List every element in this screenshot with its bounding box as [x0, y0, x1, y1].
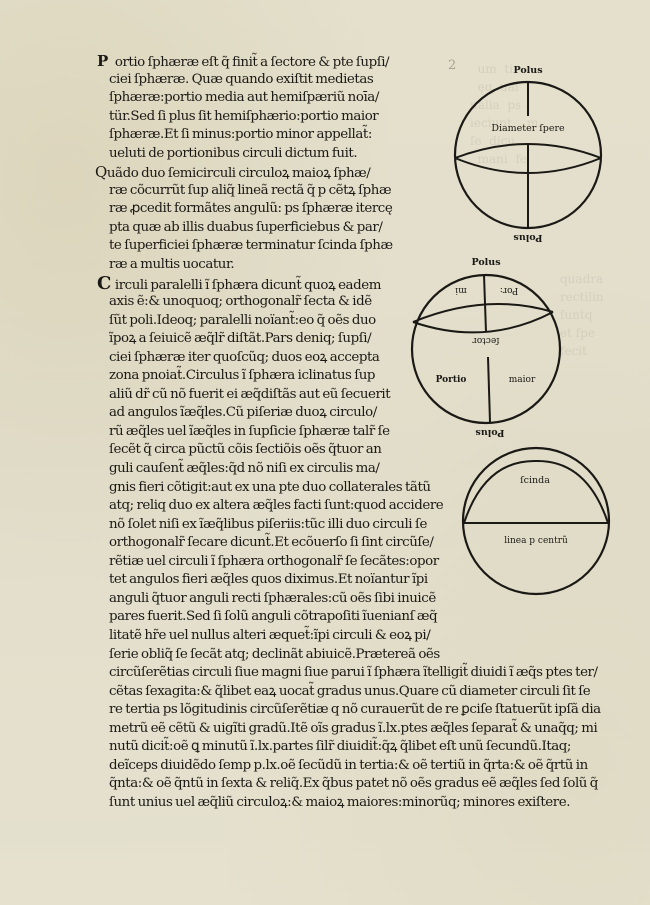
text-line: pares fuerit.Sed ſi ſolũ anguli cõtrapoſ…: [97, 608, 601, 627]
label-polus-bottom: Polus: [475, 427, 504, 438]
manuscript-page: um ti ęq ual ualia ps ieciunt m ſe dicu …: [0, 0, 650, 905]
label-polus-top: Polus: [513, 65, 542, 76]
label-scinda: ſcinda: [520, 475, 550, 486]
label-mi: mi: [455, 285, 467, 295]
label-diameter-spere: Diameter ſpere: [491, 123, 565, 134]
label-maior: maior: [509, 375, 536, 385]
text-line: deĩceps diuidẽdo ſemp p.lx.oẽ ſecũdũ in …: [97, 757, 601, 776]
text-line: q̃nta:& oẽ q̃ntũ in ſexta & reliq̃.Ex q̃…: [97, 775, 601, 794]
initial-letter-q: Q: [95, 163, 107, 181]
sphere-scinda-figure: ſcinda linea p centrũ: [455, 445, 615, 605]
text-line: ſunt unius uel æq̃liũ circuloꝝ:& maioꝝ m…: [97, 794, 601, 813]
text-line: ſerie obliq̃ ſe ſecãt atq; declinãt abiu…: [97, 646, 601, 665]
text-line: re tertia ps lõgitudinis circũſerẽtiæ q …: [97, 701, 601, 720]
sphere-sector-figure: Polus mi Por: ſector Portio maior Polus: [406, 252, 566, 442]
label-polus-top: Polus: [471, 257, 500, 268]
text-line: circũſerẽtias circuli ſiue magni ſiue pa…: [97, 664, 601, 683]
text-line: litatẽ hr̃e uel nullus alteri æquet̃:ĩpi…: [97, 627, 601, 646]
sphere-diameter-figure: Polus Diameter ſpere Polus: [448, 60, 608, 250]
diagram-sphere-scinda: ſcinda linea p centrũ: [455, 445, 615, 609]
initial-letter-c: C: [97, 273, 111, 294]
label-polus-bottom: Polus: [513, 232, 542, 243]
label-por: Por:: [500, 285, 518, 295]
label-linea-per-centrum: linea p centrũ: [504, 535, 568, 546]
label-sector: ſector: [472, 335, 500, 345]
text-line: metrũ eẽ cẽtũ & uigĩti gradũ.Itẽ oĩs gra…: [97, 720, 601, 739]
text-line: nutũ dicit̃:oẽ ꝗ minutũ ĩ.lx.partes ſilr…: [97, 738, 601, 757]
diagram-sphere-diameter: Polus Diameter ſpere Polus: [448, 60, 608, 254]
text-line: cẽtas ſexagita:& q̃libet eaꝝ uocat̃ grad…: [97, 683, 601, 702]
label-portio: Portio: [436, 375, 467, 385]
diagram-sphere-sector: Polus mi Por: ſector Portio maior Polus: [406, 252, 566, 446]
initial-letter-p: P: [97, 52, 108, 70]
